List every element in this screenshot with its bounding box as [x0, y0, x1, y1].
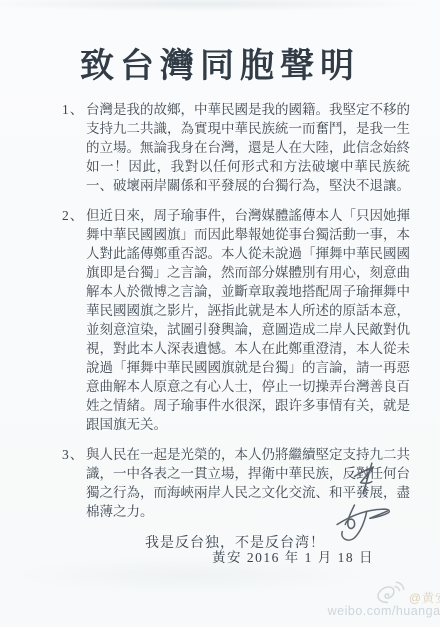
weibo-watermark: @黄安 weibo.com/huangan: [328, 581, 440, 619]
date-line: 黃安 2016 年 1 月 18 日: [212, 546, 374, 566]
weibo-icon: [375, 581, 405, 605]
statement-document: 致台灣同胞聲明 1、 台灣是我的故鄉，中華民國是我的國籍。我堅定不移的支持九二共…: [0, 0, 440, 627]
statement-item-2: 2、 但近日來，周子瑜事件，台灣媒體謠傳本人「只因她揮舞中華民國國旗」而因此舉報…: [62, 206, 410, 434]
statement-item-1: 1、 台灣是我的故鄉，中華民國是我的國籍。我堅定不移的支持九二共識，為實現中華民…: [62, 100, 410, 195]
item-text-2: 但近日來，周子瑜事件，台灣媒體謠傳本人「只因她揮舞中華民國國旗」而因此舉報她從事…: [86, 206, 410, 434]
watermark-top-row: @黄安: [328, 581, 440, 605]
item-number-3: 3、: [62, 445, 84, 464]
signature-huang-an: [333, 460, 425, 542]
item-number-2: 2、: [62, 206, 84, 225]
document-title: 致台灣同胞聲明: [30, 38, 410, 87]
statement-list: 1、 台灣是我的故鄉，中華民國是我的國籍。我堅定不移的支持九二共識，為實現中華民…: [30, 100, 410, 521]
item-text-1: 台灣是我的故鄉，中華民國是我的國籍。我堅定不移的支持九二共識，為實現中華民族統一…: [86, 100, 410, 195]
weibo-url: weibo.com/huangan: [328, 605, 440, 619]
item-number-1: 1、: [62, 100, 84, 119]
